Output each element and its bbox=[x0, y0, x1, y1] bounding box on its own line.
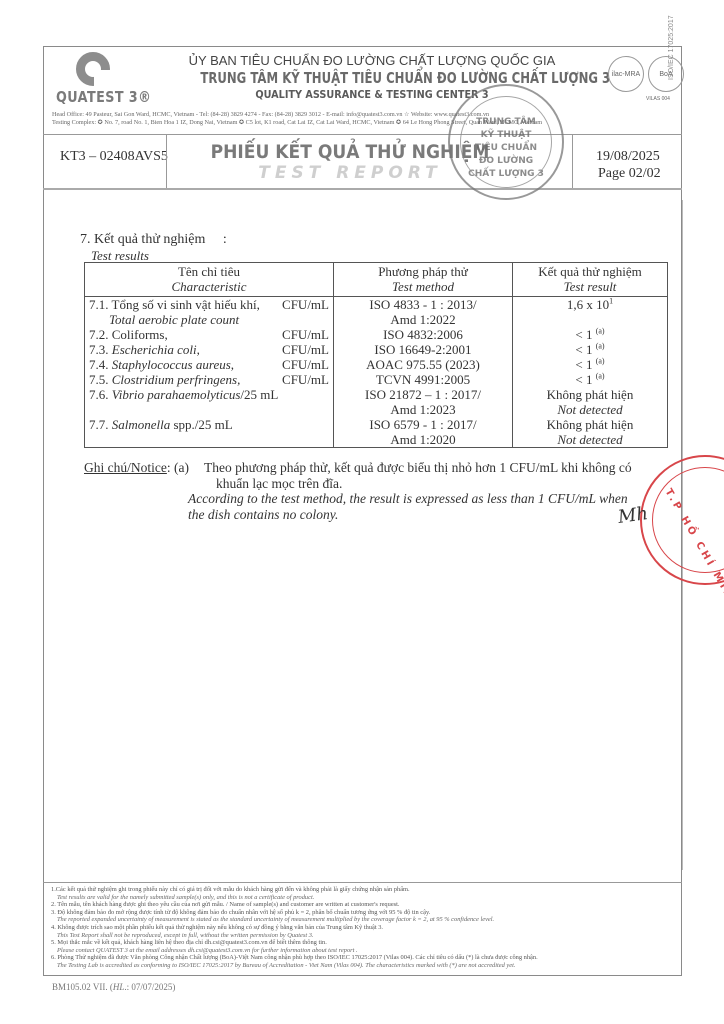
testing-complex-address: Testing Complex: ✪ No. 7, road No. 1, Bi… bbox=[52, 119, 680, 127]
unit: CFU/mL bbox=[282, 372, 329, 387]
characteristic-en: Total aerobic plate count bbox=[89, 312, 329, 327]
ilac-label: ilac-MRA bbox=[612, 71, 640, 78]
method-line: Amd 1:2020 bbox=[338, 432, 508, 447]
divider bbox=[166, 134, 167, 188]
footer-note: 6. Phòng Thử nghiệm đã được Văn phòng Cô… bbox=[51, 954, 682, 962]
result-cell: Không phát hiệnNot detected bbox=[513, 387, 668, 417]
logo-text: QUATEST 3® bbox=[56, 88, 151, 106]
footer-notes: 1.Các kết quả thử nghiệm ghi trong phiếu… bbox=[43, 882, 682, 976]
vilas-number: VILAS 004 bbox=[646, 96, 670, 102]
center-stamp-text: TRUNG TÂM KỸ THUẬT TIÊU CHUẨN ĐO LƯỜNG C… bbox=[450, 116, 562, 181]
characteristic-name: 7.5. Clostridium perfringens, bbox=[89, 372, 240, 387]
unit: CFU/mL bbox=[282, 297, 329, 312]
characteristic-cell: 7.6. Vibrio parahaemolyticus/25 mL bbox=[85, 387, 334, 417]
result-value: Không phát hiện bbox=[517, 387, 663, 402]
method-line: Amd 1:2022 bbox=[338, 312, 508, 327]
characteristic-cell: 7.4. Staphylococcus aureus,CFU/mL bbox=[85, 357, 334, 372]
method-line: ISO 16649-2:2001 bbox=[338, 342, 508, 357]
header-en: Characteristic bbox=[89, 279, 329, 294]
footer-note-en: This Test Report shall not be reproduced… bbox=[51, 932, 682, 940]
result-cell: < 1 (a) bbox=[513, 372, 668, 387]
divider bbox=[43, 188, 682, 190]
method-line: ISO 4833 - 1 : 2013/ bbox=[338, 297, 508, 312]
result-value: < 1 (a) bbox=[517, 357, 663, 372]
result-en: Not detected bbox=[517, 402, 663, 417]
method-cell: ISO 4833 - 1 : 2013/Amd 1:2022 bbox=[334, 297, 513, 328]
quatest-logo-icon bbox=[76, 52, 110, 86]
method-cell: TCVN 4991:2005 bbox=[334, 372, 513, 387]
characteristic-cell: 7.5. Clostridium perfringens,CFU/mL bbox=[85, 372, 334, 387]
unit: CFU/mL bbox=[282, 327, 329, 342]
table-row: 7.1. Tổng số vi sinh vật hiếu khí,CFU/mL… bbox=[85, 297, 668, 328]
characteristic-name: 7.3. Escherichia coli, bbox=[89, 342, 200, 357]
notice-vn-line1: Theo phương pháp thử, kết quả được biểu … bbox=[84, 460, 684, 476]
header-en: Test result bbox=[517, 279, 663, 294]
table-row: 7.3. Escherichia coli,CFU/mLISO 16649-2:… bbox=[85, 342, 668, 357]
notice-vn-line2: khuẩn lạc mọc trên đĩa. bbox=[84, 476, 684, 492]
footer-note-en: The reported expanded uncertainty of mea… bbox=[51, 916, 682, 924]
table-row: 7.6. Vibrio parahaemolyticus/25 mLISO 21… bbox=[85, 387, 668, 417]
footer-note: 1.Các kết quả thử nghiệm ghi trong phiếu… bbox=[51, 886, 682, 894]
footer-note: 2. Tên mẫu, tên khách hàng được ghi theo… bbox=[51, 901, 682, 909]
header-characteristic: Tên chỉ tiêuCharacteristic bbox=[85, 263, 334, 297]
section-title: 7. Kết quả thử nghiệm : bbox=[80, 232, 227, 248]
unit: CFU/mL bbox=[282, 342, 329, 357]
form-code-hl: HL bbox=[113, 982, 125, 992]
result-value: < 1 (a) bbox=[517, 327, 663, 342]
method-cell: AOAC 975.55 (2023) bbox=[334, 357, 513, 372]
address-block: Head Office: 49 Pasteur, Sai Gon Ward, H… bbox=[52, 111, 680, 127]
result-cell: < 1 (a) bbox=[513, 342, 668, 357]
page-number: Page 02/02 bbox=[598, 166, 661, 182]
footer-note: 3. Độ không đảm bảo đo mở rộng được tính… bbox=[51, 909, 682, 917]
footer-note-en: Please contact QUATEST 3 at the email ad… bbox=[51, 947, 682, 955]
method-line: ISO 21872 – 1 : 2017/ bbox=[338, 387, 508, 402]
method-line: TCVN 4991:2005 bbox=[338, 372, 508, 387]
footer-note-en: The Testing Lab is accredited as conform… bbox=[51, 962, 682, 970]
header-test-method: Phương pháp thửTest method bbox=[334, 263, 513, 297]
characteristic-name: 7.6. Vibrio parahaemolyticus/25 mL bbox=[89, 387, 278, 402]
method-cell: ISO 4832:2006 bbox=[334, 327, 513, 342]
header-vn: Kết quả thử nghiệm bbox=[538, 264, 641, 279]
header-vn: Phương pháp thử bbox=[378, 264, 468, 279]
boa-badge-icon: BoA bbox=[648, 56, 684, 92]
org-center-name: TRUNG TÂM KỸ THUẬT TIÊU CHUẨN ĐO LƯỜNG C… bbox=[200, 69, 543, 87]
characteristic-cell: 7.7. Salmonella spp./25 mL bbox=[85, 417, 334, 448]
characteristic-name: 7.4. Staphylococcus aureus, bbox=[89, 357, 234, 372]
footer-note-en: Test results are valid for the namely su… bbox=[51, 894, 682, 902]
results-table: Tên chỉ tiêuCharacteristic Phương pháp t… bbox=[84, 262, 668, 448]
report-date: 19/08/2025 bbox=[596, 149, 660, 165]
table-row: 7.4. Staphylococcus aureus,CFU/mLAOAC 97… bbox=[85, 357, 668, 372]
result-value: 1,6 x 101 bbox=[517, 297, 663, 312]
header-test-result: Kết quả thử nghiệmTest result bbox=[513, 263, 668, 297]
footer-note: 5. Mọi thắc mắc về kết quả, khách hàng l… bbox=[51, 939, 682, 947]
result-value: < 1 (a) bbox=[517, 372, 663, 387]
notice-en-line2: the dish contains no colony. bbox=[84, 507, 684, 523]
result-cell: 1,6 x 101 bbox=[513, 297, 668, 328]
result-en: Not detected bbox=[517, 432, 663, 447]
result-value: Không phát hiện bbox=[517, 417, 663, 432]
table-row: 7.5. Clostridium perfringens,CFU/mLTCVN … bbox=[85, 372, 668, 387]
method-cell: ISO 21872 – 1 : 2017/Amd 1:2023 bbox=[334, 387, 513, 417]
head-office-address: Head Office: 49 Pasteur, Sai Gon Ward, H… bbox=[52, 111, 680, 119]
method-cell: ISO 6579 - 1 : 2017/Amd 1:2020 bbox=[334, 417, 513, 448]
method-line: ISO 4832:2006 bbox=[338, 327, 508, 342]
center-stamp-icon: TRUNG TÂM KỸ THUẬT TIÊU CHUẨN ĐO LƯỜNG C… bbox=[448, 84, 564, 200]
form-code: BM105.02 VII. (HL.: 07/07/2025) bbox=[52, 982, 175, 992]
unit: CFU/mL bbox=[282, 357, 329, 372]
result-cell: < 1 (a) bbox=[513, 327, 668, 342]
result-cell: Không phát hiệnNot detected bbox=[513, 417, 668, 448]
iso-standard-vertical: ISO/IEC 17025:2017 bbox=[668, 15, 675, 80]
form-code-date: .: 07/07/2025) bbox=[124, 982, 175, 992]
characteristic-name: 7.7. Salmonella spp./25 mL bbox=[89, 417, 233, 432]
report-id: KT3 – 02408AVS5 bbox=[60, 149, 168, 165]
characteristic-cell: 7.3. Escherichia coli,CFU/mL bbox=[85, 342, 334, 357]
method-line: Amd 1:2023 bbox=[338, 402, 508, 417]
org-committee-name: ỦY BAN TIÊU CHUẨN ĐO LƯỜNG CHẤT LƯỢNG QU… bbox=[152, 53, 592, 68]
form-code-id: BM105.02 VII. ( bbox=[52, 982, 113, 992]
divider bbox=[43, 134, 682, 135]
characteristic-cell: 7.2. Coliforms,CFU/mL bbox=[85, 327, 334, 342]
notice-block: Ghi chú/Notice: (a) Theo phương pháp thử… bbox=[84, 460, 189, 476]
signature: Mh bbox=[617, 503, 650, 528]
characteristic-name: 7.2. Coliforms, bbox=[89, 327, 168, 342]
header-en: Test method bbox=[338, 279, 508, 294]
characteristic-cell: 7.1. Tổng số vi sinh vật hiếu khí,CFU/mL… bbox=[85, 297, 334, 328]
divider bbox=[572, 134, 573, 188]
result-value: < 1 (a) bbox=[517, 342, 663, 357]
method-line: ISO 6579 - 1 : 2017/ bbox=[338, 417, 508, 432]
quatest-logo: QUATEST 3® bbox=[56, 52, 152, 110]
table-header-row: Tên chỉ tiêuCharacteristic Phương pháp t… bbox=[85, 263, 668, 297]
header-vn: Tên chỉ tiêu bbox=[178, 264, 240, 279]
notice-en-line1: According to the test method, the result… bbox=[84, 491, 684, 507]
characteristic-name: 7.1. Tổng số vi sinh vật hiếu khí, bbox=[89, 297, 260, 312]
method-line: AOAC 975.55 (2023) bbox=[338, 357, 508, 372]
ilac-mra-badge-icon: ilac-MRA bbox=[608, 56, 644, 92]
footer-note: 4. Không được trích sao một phần phiếu k… bbox=[51, 924, 682, 932]
method-cell: ISO 16649-2:2001 bbox=[334, 342, 513, 357]
result-cell: < 1 (a) bbox=[513, 357, 668, 372]
table-row: 7.2. Coliforms,CFU/mLISO 4832:2006< 1 (a… bbox=[85, 327, 668, 342]
table-row: 7.7. Salmonella spp./25 mLISO 6579 - 1 :… bbox=[85, 417, 668, 448]
